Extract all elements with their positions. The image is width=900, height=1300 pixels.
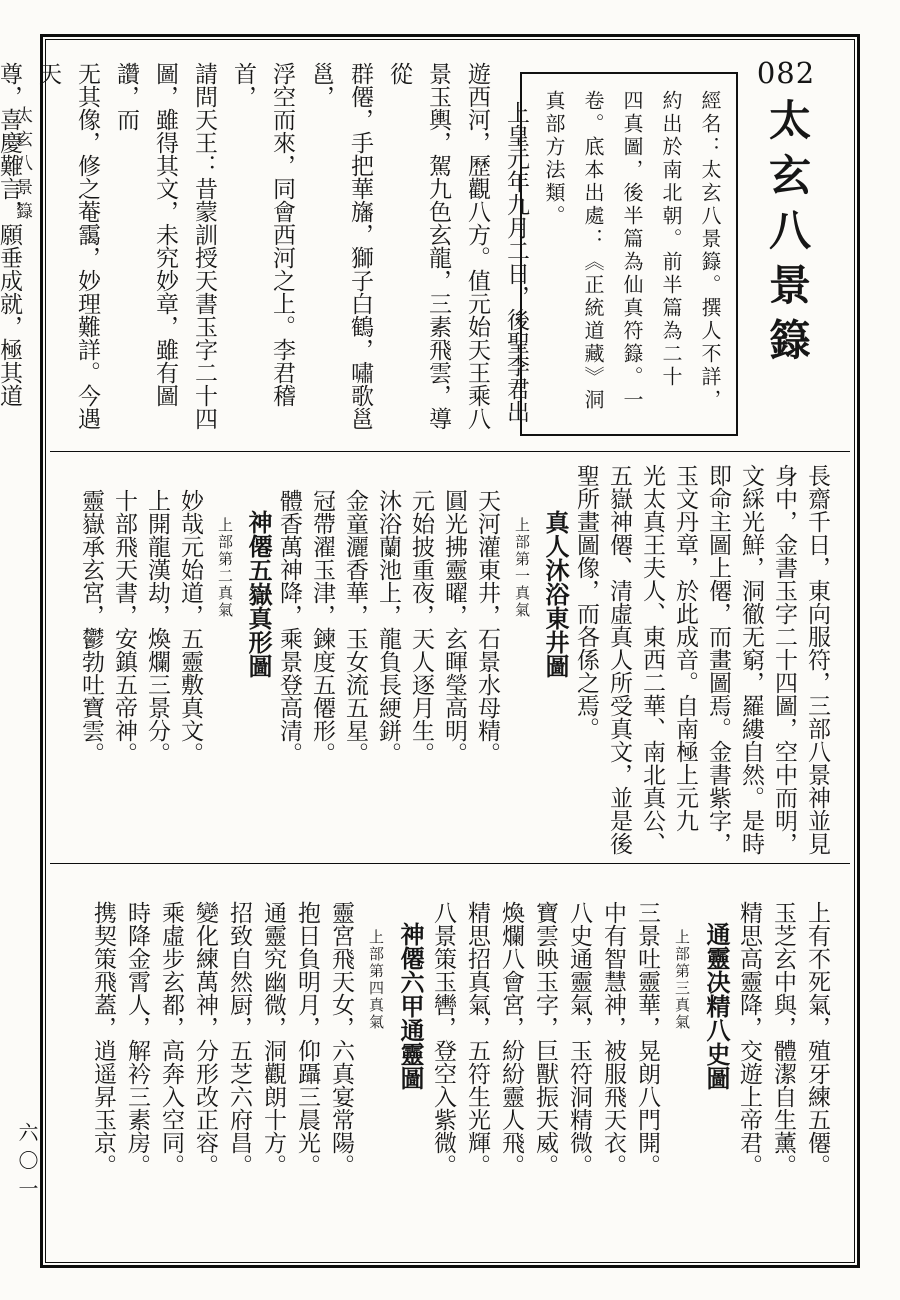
colophon-column: 真部方法類。 <box>533 90 572 418</box>
text-column: 群僊，手把華旛，獅子白鶴，嘯歌邕邕， <box>302 62 380 444</box>
text-column: 尊，喜慶難言，願垂成就，極其道真。 <box>0 62 29 444</box>
verse-column: 煥爛八會宮，紛紛靈人飛。 <box>494 876 528 1250</box>
colophon-column: 約出於南北朝。前半篇為二十 <box>650 90 689 418</box>
text-column: 景玉輿，駕九色玄龍，三素飛雲，導從 <box>380 62 458 444</box>
verse-column: 變化練萬神，分形改正容。 <box>188 876 222 1250</box>
colophon-column: 四真圖，後半篇為仙真符籙。一 <box>611 90 650 418</box>
section-top: 082 太玄八景籙 經名：太玄八景籙。撰人不詳， 約出於南北朝。前半篇為二十 四… <box>50 44 850 452</box>
verse-column: 携契策飛蓋，逍遥昇玉京。 <box>86 876 120 1250</box>
verse-column: 八景策玉轡，登空入紫微。 <box>426 876 460 1250</box>
section-bottom-text: 上有不死氣，殖牙練五僊。 玉芝玄中與，體潔自生薰。 精思高靈降，交遊上帝君。 通… <box>66 876 834 1250</box>
verse-column: 乘虛步玄都，高奔入空同。 <box>154 876 188 1250</box>
annotation-column: 上部第四真氣 <box>358 876 392 1250</box>
figure-heading: 神僊五嶽真形圖 <box>240 464 273 855</box>
verse-column: 元始披重夜，天人逐月生。 <box>405 464 438 855</box>
volume-serial: 082 <box>757 56 815 90</box>
colophon-box: 經名：太玄八景籙。撰人不詳， 約出於南北朝。前半篇為二十 四真圖，後半篇為仙真符… <box>520 72 738 436</box>
figure-heading: 真人沐浴東井圖 <box>537 464 570 855</box>
verse-column: 寶雲映玉字，巨獸振天威。 <box>528 876 562 1250</box>
verse-column: 妙哉元始道，五靈敷真文。 <box>174 464 207 855</box>
verse-column: 招致自然厨，五芝六府昌。 <box>222 876 256 1250</box>
verse-column: 沐浴蘭池上，龍負長綆鉼。 <box>372 464 405 855</box>
verse-column: 靈嶽承玄宮，鬱勃吐寶雲。 <box>75 464 108 855</box>
verse-column: 冠帶濯玉津，鍊度五僊形。 <box>306 464 339 855</box>
text-column: 即命主圖上僊，而畫圖焉。金書紫字， <box>702 464 735 855</box>
text-column: 遊西河，歷觀八方。值元始天王乘八 <box>458 62 497 444</box>
section-top-text: 上皇元年九月二日，後聖李君出 遊西河，歷觀八方。值元始天王乘八 景玉輿，駕九色玄… <box>64 62 536 444</box>
colophon-text: 經名：太玄八景籙。撰人不詳， 約出於南北朝。前半篇為二十 四真圖，後半篇為仙真符… <box>533 90 728 418</box>
text-column: 光太真王夫人、東西二華、南北真公、 <box>636 464 669 855</box>
verse-column: 中有智慧神，被服飛天衣。 <box>596 876 630 1250</box>
text-column: 文綵光鮮，洞徹无窮，羅縷自然。是時 <box>735 464 768 855</box>
verse-column: 通靈究幽微，洞觀朗十方。 <box>256 876 290 1250</box>
verse-column: 天河灌東井，石景水母精。 <box>471 464 504 855</box>
verse-column: 玉芝玄中與，體潔自生薰。 <box>766 876 800 1250</box>
text-column: 上皇元年九月二日，後聖李君出 <box>497 62 536 444</box>
text-column: 請問天王：昔蒙訓授天書玉字二十四 <box>185 62 224 444</box>
text-column: 長齋千日，東向服符，三部八景神並見 <box>801 464 834 855</box>
folio-number: 六〇一 <box>12 1122 41 1206</box>
text-column: 聖所畫圖像，而各係之焉。 <box>570 464 603 855</box>
verse-column: 靈宮飛天女，六真宴常陽。 <box>324 876 358 1250</box>
scripture-title: 太玄八景籙 <box>756 98 816 373</box>
verse-column: 金童灑香華，玉女流五星。 <box>339 464 372 855</box>
verse-column: 抱日負明月，仰躡三晨光。 <box>290 876 324 1250</box>
verse-column: 精思高靈降，交遊上帝君。 <box>732 876 766 1250</box>
colophon-column: 卷。底本出處：《正統道藏》洞 <box>572 90 611 418</box>
page-frame-inner-rule: 082 太玄八景籙 經名：太玄八景籙。撰人不詳， 約出於南北朝。前半篇為二十 四… <box>45 39 855 1263</box>
page-content: 082 太玄八景籙 經名：太玄八景籙。撰人不詳， 約出於南北朝。前半篇為二十 四… <box>50 44 850 1258</box>
verse-column: 上開龍漢劫，煥爛三景分。 <box>141 464 174 855</box>
verse-column: 精思招真氣，五符生光輝。 <box>460 876 494 1250</box>
verse-column: 圓光拂靈曜，玄暉瑩高明。 <box>438 464 471 855</box>
text-column: 圖，雖得其文，未究妙章，雖有圖讚，而 <box>107 62 185 444</box>
verse-column: 三景吐靈華，晃朗八門開。 <box>630 876 664 1250</box>
section-middle: 長齋千日，東向服符，三部八景神並見 身中，金書玉字二十四圖，空中而明， 文綵光鮮… <box>50 452 850 864</box>
text-column: 无其像，修之菴靄，妙理難詳。今遇天 <box>29 62 107 444</box>
text-column: 五嶽神僊、清虛真人所受真文，並是後 <box>603 464 636 855</box>
text-column: 玉文丹章，於此成音。自南極上元九 <box>669 464 702 855</box>
page-frame: 082 太玄八景籙 經名：太玄八景籙。撰人不詳， 約出於南北朝。前半篇為二十 四… <box>40 34 860 1268</box>
verse-column: 十部飛天書，安鎮五帝神。 <box>108 464 141 855</box>
title-block: 082 太玄八景籙 <box>744 56 828 373</box>
annotation-column: 上部第二真氣 <box>207 464 240 855</box>
colophon-column: 經名：太玄八景籙。撰人不詳， <box>689 90 728 418</box>
figure-heading: 通靈决精八史圖 <box>698 876 732 1250</box>
section-bottom: 上有不死氣，殖牙練五僊。 玉芝玄中與，體潔自生薰。 精思高靈降，交遊上帝君。 通… <box>50 864 850 1258</box>
text-column: 身中，金書玉字二十四圖，空中而明， <box>768 464 801 855</box>
text-column: 浮空而來，同會西河之上。李君稽首， <box>224 62 302 444</box>
figure-heading: 神僊六甲通靈圖 <box>392 876 426 1250</box>
verse-column: 八史通靈氣，玉符洞精微。 <box>562 876 596 1250</box>
verse-column: 上有不死氣，殖牙練五僊。 <box>800 876 834 1250</box>
annotation-column: 上部第三真氣 <box>664 876 698 1250</box>
verse-column: 時降金霄人，解衿三素房。 <box>120 876 154 1250</box>
annotation-column: 上部第一真氣 <box>504 464 537 855</box>
section-middle-text: 長齋千日，東向服符，三部八景神並見 身中，金書玉字二十四圖，空中而明， 文綵光鮮… <box>66 464 834 855</box>
verse-column: 體香萬神降，乘景登高清。 <box>273 464 306 855</box>
